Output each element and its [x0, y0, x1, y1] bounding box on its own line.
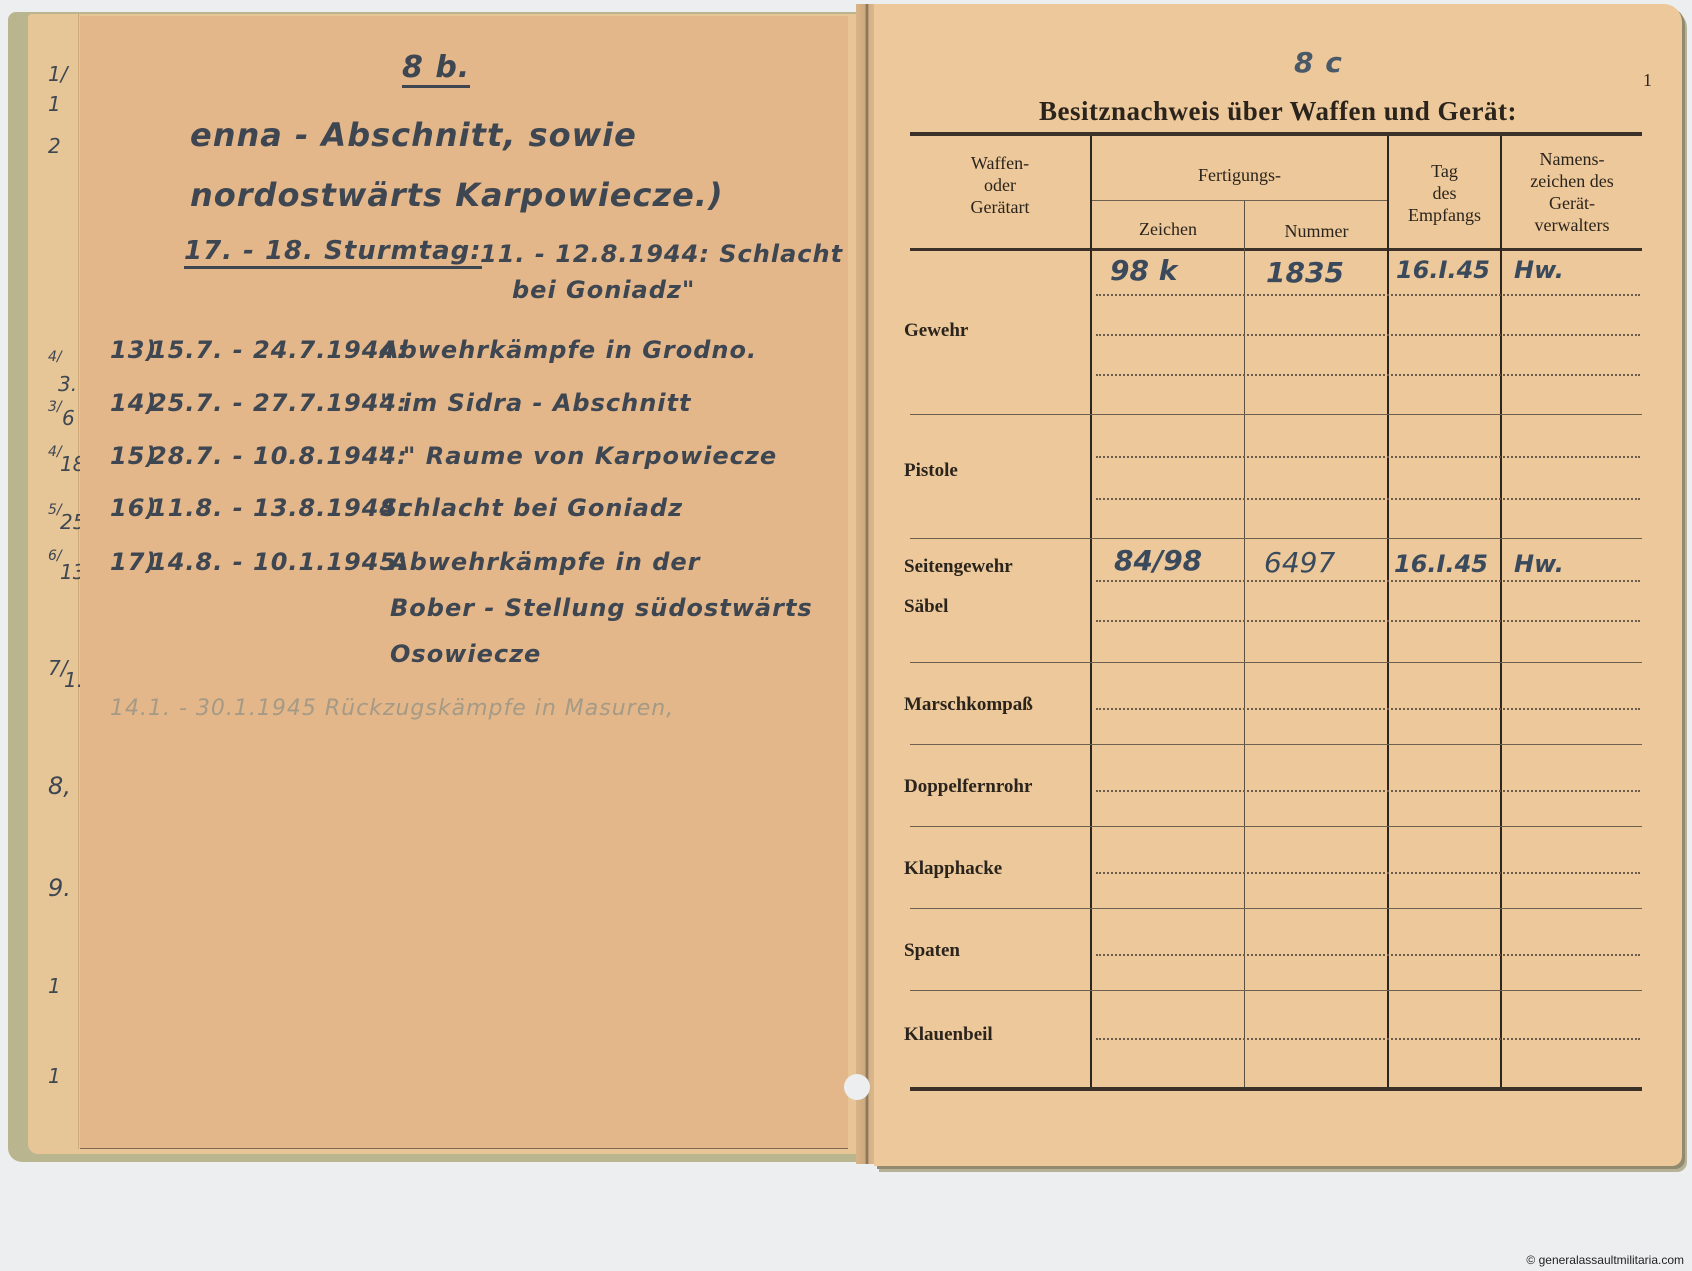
dotted-line: [1096, 708, 1640, 710]
header-tag-des-empfangs: Tag des Empfangs: [1389, 160, 1500, 226]
faint-pencil-line: 14.1. - 30.1.1945 Rückzugskämpfe in Masu…: [110, 696, 674, 721]
header-nummer: Nummer: [1246, 220, 1387, 242]
column-divider: [1387, 136, 1389, 1087]
margin-number: 3.: [58, 372, 77, 396]
margin-number: 9.: [48, 874, 71, 902]
row-label-secondary: Säbel: [904, 596, 948, 618]
row-label: Seitengewehr: [904, 556, 1013, 578]
entry-text-cont: Osowiecze: [390, 640, 541, 668]
row-rule: [910, 414, 1642, 415]
dotted-line: [1096, 872, 1640, 874]
header-fertigungs: Fertigungs-: [1092, 164, 1387, 186]
handwritten-line: nordostwärts Karpowiecze.): [190, 176, 724, 214]
handwritten-line: 11. - 12.8.1944: Schlacht: [480, 240, 843, 268]
row-rule: [910, 538, 1642, 539]
entry-dates: 14.8. - 10.1.1945:: [150, 548, 408, 576]
handwritten-line: enna - Abschnitt, sowie: [190, 116, 637, 154]
table-bottom-rule: [910, 1087, 1642, 1091]
margin-number: 2: [48, 134, 61, 158]
right-page: 8 c 1 Besitznachweis über Waffen und Ger…: [874, 4, 1682, 1166]
entry-text: Abwehrkämpfe in der: [390, 548, 701, 576]
soldbuch-booklet: 1/ 1 2 4/ 3. 3/ 6 4/ 18. 5/ 25. 6/ 13. 7…: [8, 4, 1686, 1172]
row-rule: [910, 826, 1642, 827]
entry-text-cont: Bober - Stellung südostwärts: [390, 594, 813, 622]
row-label: Klapphacke: [904, 858, 1002, 880]
margin-number: 8,: [48, 772, 71, 800]
dotted-line: [1096, 334, 1640, 336]
margin-number: 1: [48, 1064, 61, 1088]
copyright-watermark: © generalassaultmilitaria.com: [1526, 1253, 1684, 1267]
header-zeichen: Zeichen: [1092, 218, 1244, 240]
sturmtag-label: 17. - 18. Sturmtag:: [184, 236, 482, 269]
cell-zeichen: 98 k: [1110, 254, 1177, 287]
entry-text: " im Sidra - Abschnitt: [380, 389, 691, 417]
dotted-line: [1096, 498, 1640, 500]
cell-nummer: 1835: [1266, 256, 1344, 289]
dotted-line: [1096, 294, 1640, 296]
cell-tag: 16.I.45: [1396, 256, 1490, 284]
row-rule: [910, 662, 1642, 663]
dotted-line: [1096, 790, 1640, 792]
header-namenszeichen: Namens- zeichen des Gerät- verwalters: [1502, 148, 1642, 236]
dotted-line: [1096, 1038, 1640, 1040]
table-top-rule: [910, 132, 1642, 136]
entry-dates: 25.7. - 27.7.1944:: [150, 389, 408, 417]
margin-number: 6: [62, 406, 75, 430]
entry-dates: 28.7. - 10.8.1944:: [150, 442, 408, 470]
page-number: 1: [1643, 70, 1652, 91]
cell-namens: Hw.: [1514, 256, 1564, 284]
dotted-line: [1096, 954, 1640, 956]
cell-nummer: 6497: [1264, 546, 1335, 579]
left-page: 8 b. enna - Abschnitt, sowie nordostwärt…: [80, 16, 848, 1149]
header-geratart: Waffen- oder Gerätart: [910, 152, 1090, 218]
row-label: Spaten: [904, 940, 960, 962]
dotted-line: [1096, 456, 1640, 458]
column-divider: [1090, 136, 1092, 1087]
entry-text: Schlacht bei Goniadz: [380, 494, 683, 522]
header-subrule: [1092, 200, 1387, 201]
margin-number: 4/: [48, 349, 62, 365]
row-label: Pistole: [904, 460, 958, 482]
entry-text: " " Raume von Karpowiecze: [380, 442, 777, 470]
margin-number: 1/: [48, 62, 67, 86]
row-label: Doppelfernrohr: [904, 776, 1032, 798]
dotted-line: [1096, 374, 1640, 376]
cell-namens: Hw.: [1514, 550, 1564, 578]
row-rule: [910, 908, 1642, 909]
right-page-mark: 8 c: [1294, 46, 1343, 79]
column-divider: [1500, 136, 1502, 1087]
entry-text: Abwehrkämpfe in Grodno.: [380, 336, 757, 364]
dotted-line: [1096, 580, 1640, 582]
left-page-mark: 8 b.: [402, 50, 470, 88]
row-rule: [910, 744, 1642, 745]
margin-number: 3/: [48, 399, 62, 415]
table-header-rule: [910, 248, 1642, 251]
row-label: Marschkompaß: [904, 694, 1033, 716]
margin-number: 1: [48, 974, 61, 998]
form-title: Besitznachweis über Waffen und Gerät:: [874, 96, 1682, 127]
cell-tag: 16.I.45: [1394, 550, 1488, 578]
dotted-line: [1096, 620, 1640, 622]
cell-zeichen: 84/98: [1114, 544, 1202, 577]
tear-hole: [844, 1074, 870, 1100]
handwritten-line: bei Goniadz": [512, 276, 695, 304]
margin-number: 1: [48, 92, 61, 116]
row-label: Gewehr: [904, 320, 968, 342]
entry-dates: 11.8. - 13.8.1944:: [150, 494, 408, 522]
row-label: Klauenbeil: [904, 1024, 993, 1046]
row-rule: [910, 990, 1642, 991]
entry-dates: 15.7. - 24.7.1944:: [150, 336, 408, 364]
